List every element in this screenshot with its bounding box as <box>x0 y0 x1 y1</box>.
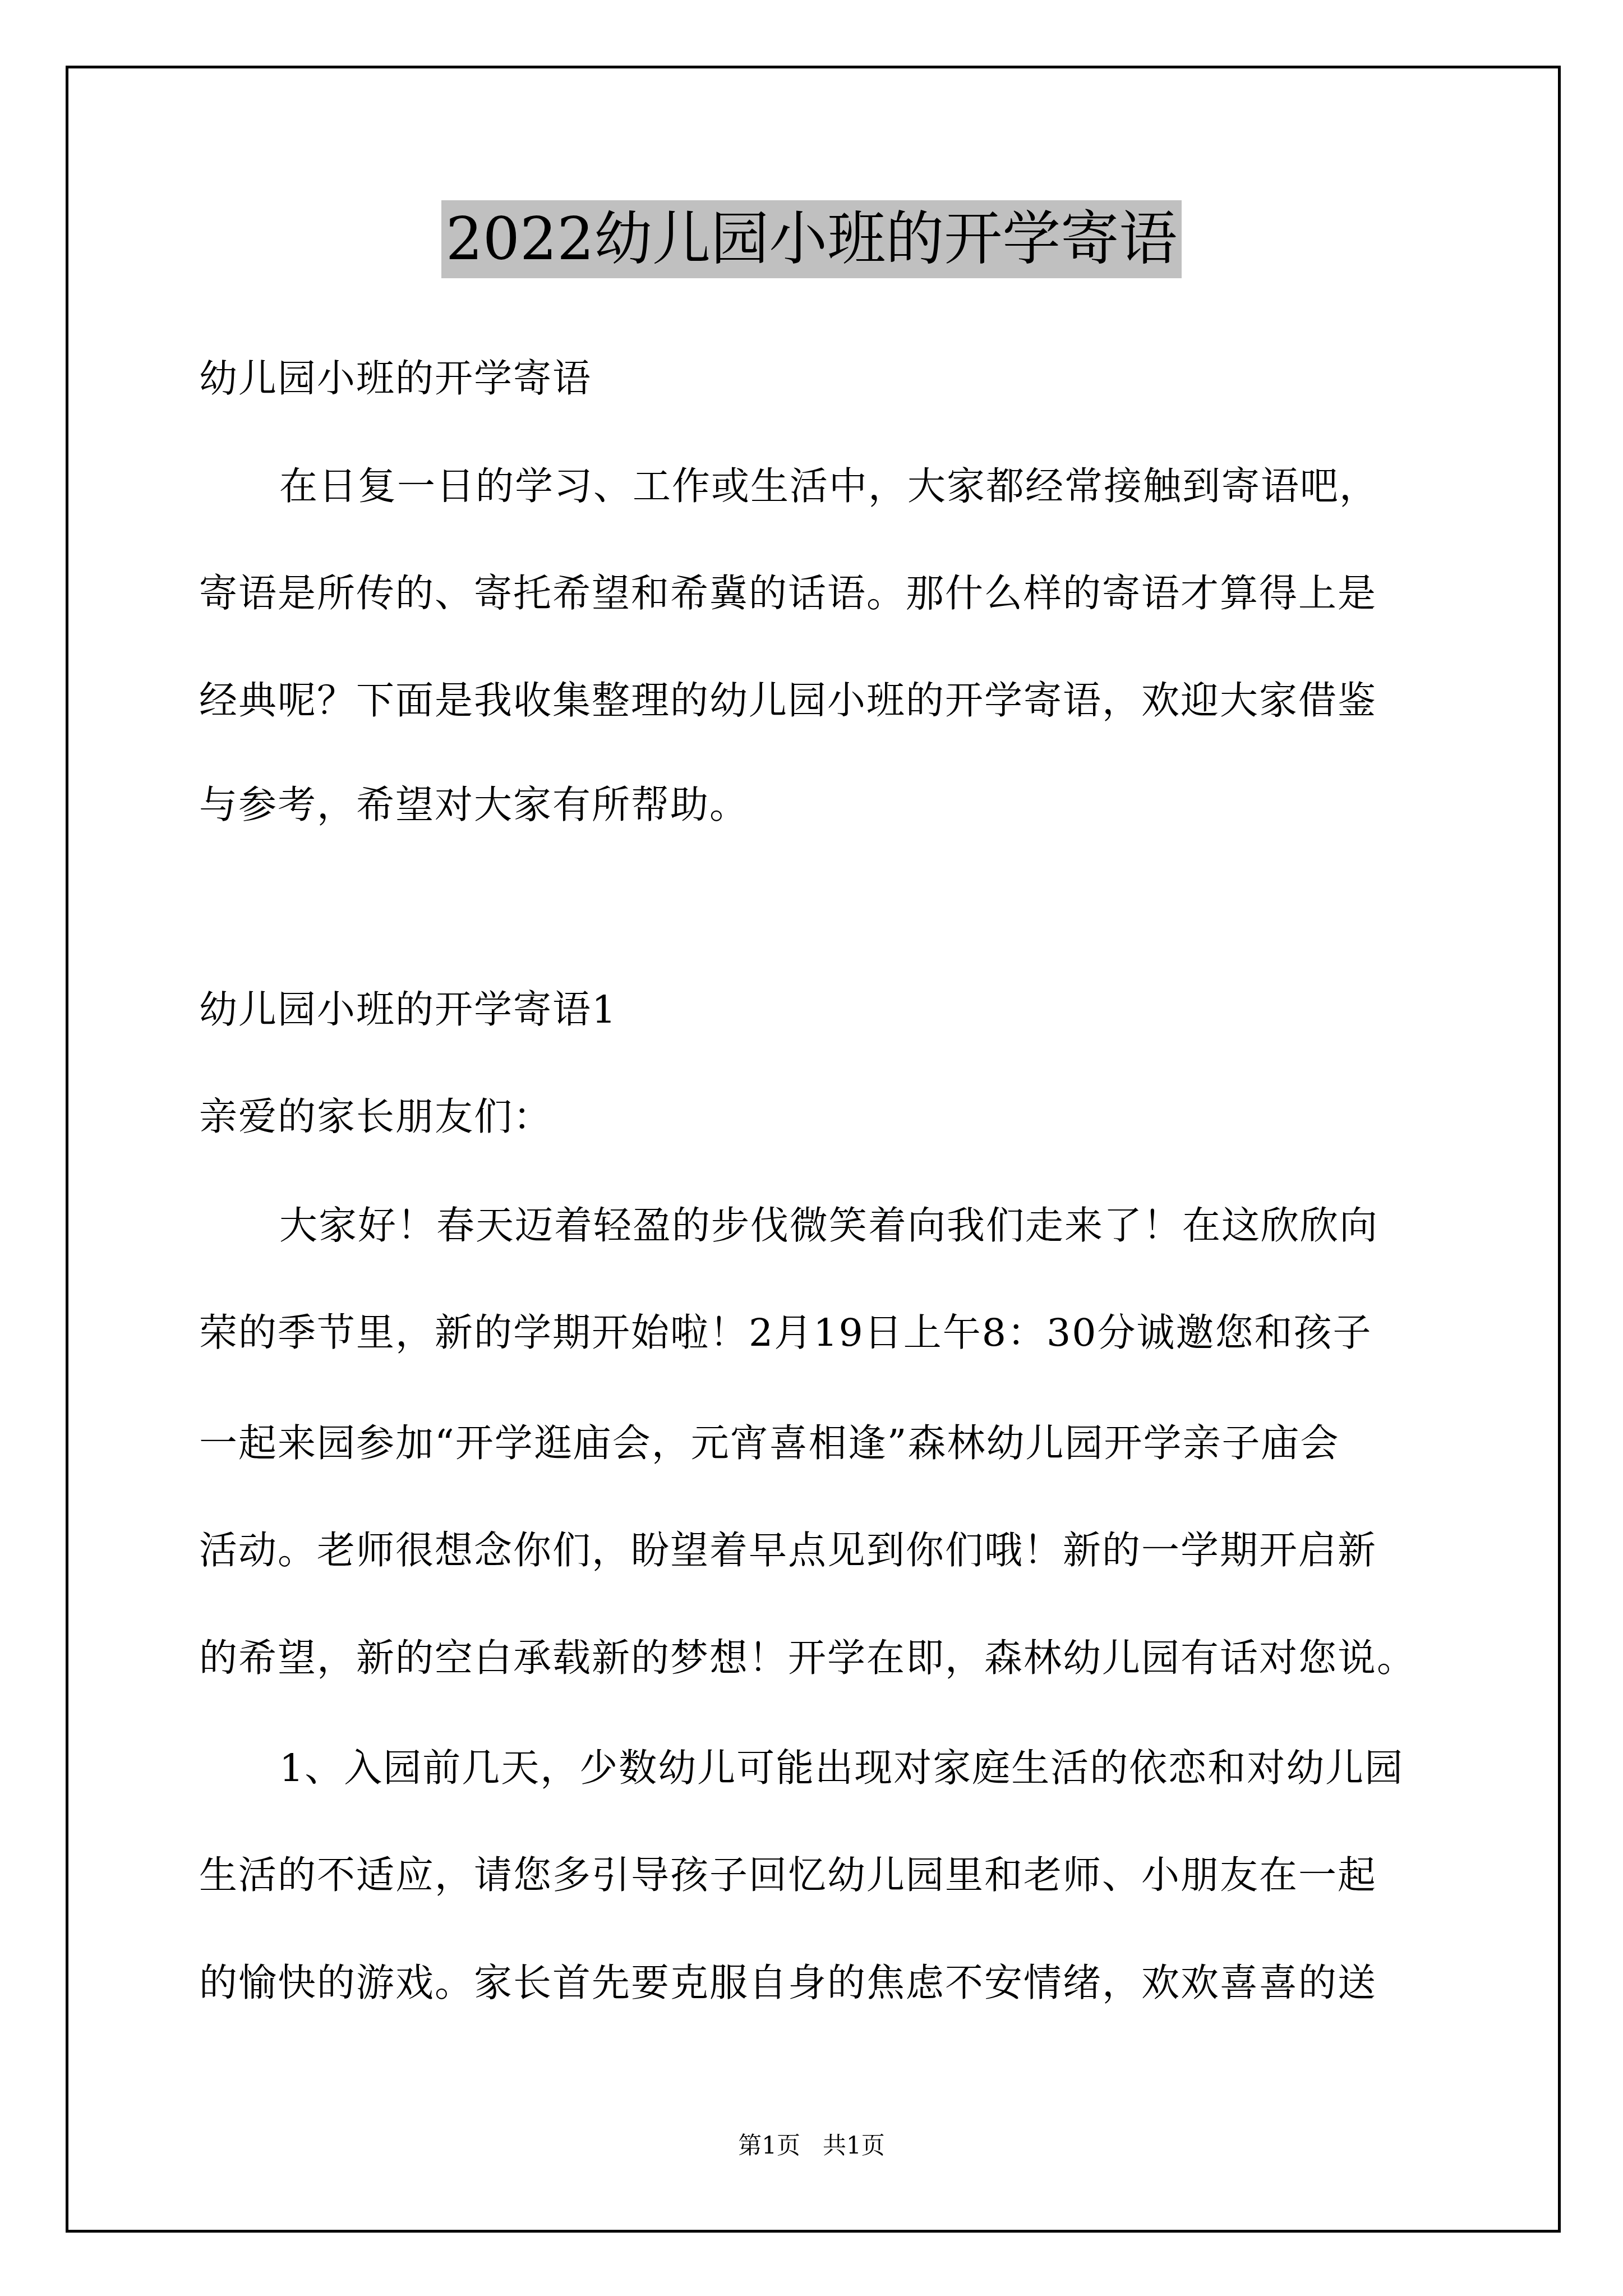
document-title: 2022幼儿园小班的开学寄语 <box>441 200 1182 278</box>
intro-line: 经典呢？下面是我收集整理的幼儿园小班的开学寄语，欢迎大家借鉴 <box>199 679 1438 724</box>
intro-line: 与参考，希望对大家有所帮助。 <box>199 783 1438 828</box>
title-container: 2022幼儿园小班的开学寄语 <box>0 200 1623 278</box>
page-number-footer: 第1页 共1页 <box>0 2132 1623 2160</box>
paragraph-line: 大家好！春天迈着轻盈的步伐微笑着向我们走来了！在这欣欣向 <box>279 1204 1519 1249</box>
paragraph-line: 1、入园前几天，少数幼儿可能出现对家庭生活的依恋和对幼儿园 <box>279 1746 1519 1791</box>
paragraph-line: 的愉快的游戏。家长首先要克服自身的焦虑不安情绪，欢欢喜喜的送 <box>199 1961 1438 2006</box>
paragraph-line: 活动。老师很想念你们，盼望着早点见到你们哦！新的一学期开启新 <box>199 1529 1438 1573</box>
paragraph-line: 的希望，新的空白承载新的梦想！开学在即，森林幼儿园有话对您说。 <box>199 1636 1438 1681</box>
paragraph-line: 生活的不适应，请您多引导孩子回忆幼儿园里和老师、小朋友在一起 <box>199 1853 1438 1898</box>
intro-line: 在日复一日的学习、工作或生活中，大家都经常接触到寄语吧， <box>279 464 1519 509</box>
paragraph-line: 荣的季节里，新的学期开始啦！2月19日上午8：30分诚邀您和孩子 <box>199 1311 1438 1356</box>
subtitle: 幼儿园小班的开学寄语 <box>199 357 1438 402</box>
intro-line: 寄语是所传的、寄托希望和希冀的话语。那什么样的寄语才算得上是 <box>199 572 1438 616</box>
section-heading: 幼儿园小班的开学寄语1 <box>199 988 1438 1033</box>
paragraph-line: 一起来园参加“开学逛庙会，元宵喜相逢”森林幼儿园开学亲子庙会 <box>199 1421 1438 1466</box>
salutation: 亲爱的家长朋友们： <box>199 1095 1438 1140</box>
